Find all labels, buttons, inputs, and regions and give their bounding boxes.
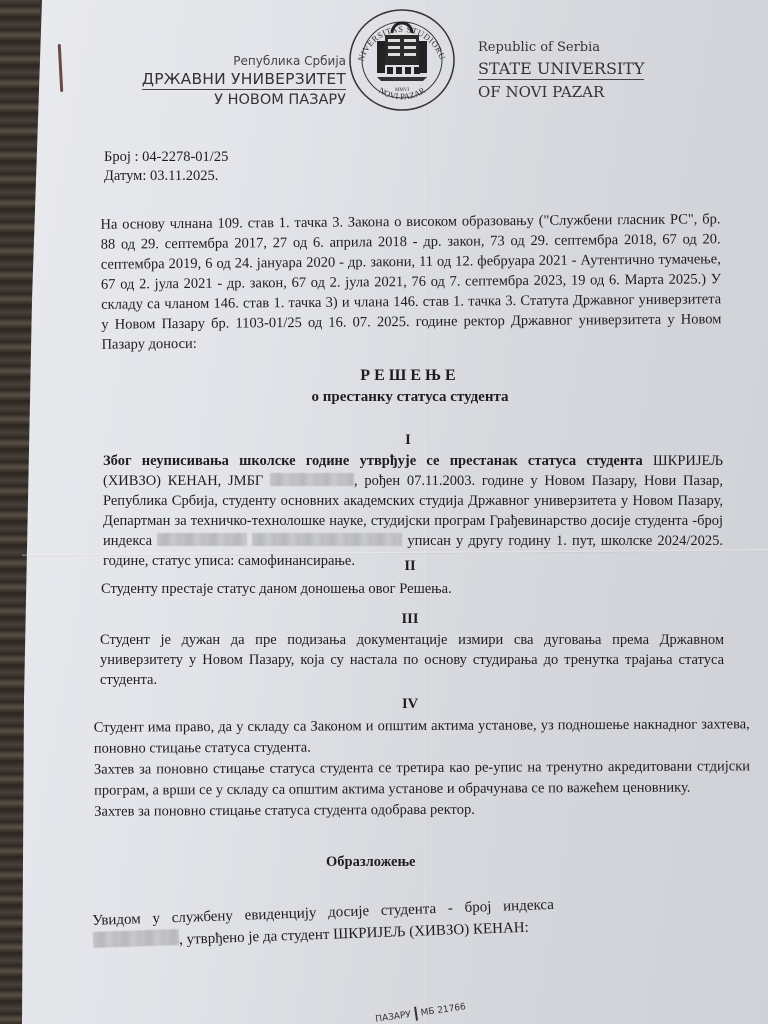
reference-number-line: Број : 04-2278-01/25 <box>104 148 228 167</box>
section-4-text: Студент има право, да у складу са Законо… <box>94 714 751 822</box>
university-seal-icon: UNIVERSITAS STUDIORUM NOVI PAZAR MMVI <box>347 5 457 115</box>
letterhead-english: Republic of Serbia STATE UNIVERSITY OF N… <box>478 40 644 101</box>
reference-date-line: Датум: 03.11.2025. <box>104 167 228 186</box>
letterhead-city-en: OF NOVI PAZAR <box>478 83 644 101</box>
svg-text:MMVI: MMVI <box>395 88 410 93</box>
section-4-paragraph-3: Захтев за поновно стицање статуса студен… <box>94 798 750 822</box>
section-1-text: Због неуписивања школске године утврђује… <box>103 451 723 571</box>
letterhead-country-en: Republic of Serbia <box>478 40 644 55</box>
letterhead-serbian: Република Србија ДРЖАВНИ УНИВЕРЗИТЕТ У Н… <box>142 54 346 108</box>
decision-title: РЕШЕЊЕ <box>330 366 490 386</box>
section-number-1: I <box>388 430 428 450</box>
section-3-text: Студент је дужан да пре подизања докумен… <box>100 630 724 690</box>
document-reference: Број : 04-2278-01/25 Датум: 03.11.2025. <box>104 148 228 186</box>
footer-stamp-left: ПАЗАРУ <box>375 1010 412 1024</box>
letterhead-university-sr: ДРЖАВНИ УНИВЕРЗИТЕТ <box>142 70 346 90</box>
legal-preamble: На основу члнана 109. став 1. тачка 3. З… <box>100 209 721 354</box>
redacted-index-number <box>157 533 247 546</box>
decision-subtitle: о престанку статуса студента <box>300 387 520 407</box>
reference-number-label: Број : <box>104 149 139 165</box>
reference-date-label: Датум: <box>104 168 146 184</box>
redacted-index-detail <box>252 533 402 546</box>
redacted-index-number-2 <box>93 929 180 948</box>
section-number-4: IV <box>390 694 430 714</box>
section-2-text: Студенту престаје статус даном доношења … <box>101 579 721 599</box>
reference-number-value: 04-2278-01/25 <box>142 149 228 165</box>
letterhead-city-sr: У НОВОМ ПАЗАРУ <box>142 92 346 108</box>
letterhead-university-en: STATE UNIVERSITY <box>478 59 644 80</box>
reference-date-value: 03.11.2025. <box>150 168 218 184</box>
explanation-heading: Образложење <box>326 852 415 872</box>
section-4-paragraph-2: Захтев за поновно стицање статуса студен… <box>94 756 750 801</box>
section-number-2: II <box>390 556 430 576</box>
section-4-paragraph-1: Студент има право, да у складу са Законо… <box>94 714 750 759</box>
footer-stamp-divider <box>414 1007 418 1021</box>
redacted-jmbg <box>270 473 354 486</box>
section-number-3: III <box>390 609 430 629</box>
letterhead-country-sr: Република Србија <box>142 54 346 68</box>
section-1-lead: Због неуписивања школске године утврђује… <box>103 453 643 469</box>
